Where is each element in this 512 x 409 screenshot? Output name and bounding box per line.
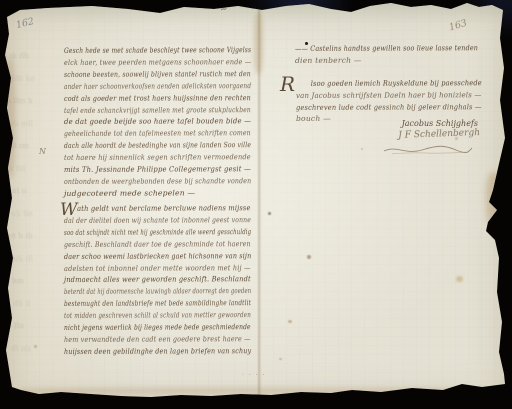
handwriting-line: mits Th. Jessinande Philippe Collegemerg… <box>64 164 251 174</box>
showthrough-line: ıllı ıļı lı <box>2 52 29 61</box>
handwriting-line: bestemught den landtsbriefe met bede sam… <box>64 298 251 308</box>
handwriting-line: nicht jegens waerlick bij lieges mede be… <box>64 322 251 332</box>
showthrough-line: ļı ıllı ņ <box>6 300 30 309</box>
edge-stain <box>4 58 15 178</box>
stain-spot <box>456 276 463 282</box>
stain-spot <box>279 358 282 360</box>
left-page-paragraph-2: ath geldt vant berclame bercluwe nadiens… <box>64 204 251 364</box>
manuscript-paper: ıllı ıļı lıņıl ıllıļıļ ıņll ılllıņ ıļııņ… <box>0 0 512 409</box>
handwriting-line: judgecoteerd mede schepelen — <box>64 188 195 198</box>
margin-squiggle-mark: ≈ <box>219 3 228 14</box>
right-page-paragraph-1: —— Castelins handtss gewillen soo lieue … <box>295 44 478 72</box>
handwriting-line: ontbonden de weerghebonden dese bij scha… <box>64 176 251 186</box>
showthrough-line: llı ıļıņ <box>11 255 33 264</box>
folio-number-right: 163 <box>448 18 468 34</box>
bottom-dots-mark: · · · · <box>242 372 266 379</box>
fold-stain <box>254 12 263 74</box>
handwriting-line: tafel ende schanckvrijgt samellen met gr… <box>64 105 251 115</box>
handwriting-line: hem verwandtede den cadt een goedere bre… <box>64 334 251 344</box>
handwriting-line: Gesch hede se met schade beschleyt twee … <box>64 45 251 55</box>
paragraph-initial-right: R <box>280 72 295 96</box>
handwriting-line: adelsten tot inbonnel onder mette woorde… <box>64 263 251 273</box>
left-page-paragraph-1: Gesch hede se met schade beschleyt twee … <box>64 46 251 206</box>
handwriting-line: geschift. Beschlandt daer toe de geschmi… <box>64 239 251 249</box>
folio-number-left: 162 <box>15 16 35 31</box>
showthrough-line: ıņı lļıl ı <box>2 142 29 151</box>
showthrough-line: ıılļ ıņı <box>2 322 24 331</box>
handwriting-line: codt als goeder met trost haers huijssin… <box>64 93 251 103</box>
handwriting-line: elck haer, twee peerden metgaens schoonh… <box>64 57 251 67</box>
edge-stain <box>486 172 502 228</box>
showthrough-line: ıı ļııl lı <box>2 187 26 196</box>
stain-spot <box>307 255 311 259</box>
handwriting-line: dien tenberch — <box>295 56 362 65</box>
showthrough-line: ıņıl ļıı <box>2 277 24 286</box>
handwriting-line: beterdt dat hij doormensche lauwingh ald… <box>64 286 251 296</box>
showthrough-line: ņıl ıllıļ <box>11 75 35 84</box>
handwriting-line: tot haere hij sinnenlick segen schriften… <box>64 152 251 162</box>
handwriting-line: ander haer schoonverkoofsen aenden adeli… <box>64 81 251 91</box>
handwriting-line: schoone beesten, soowelij blijven stante… <box>64 69 251 79</box>
showthrough-line: ıļıı llı <box>11 345 31 354</box>
handwriting-line: bouch — <box>296 114 331 123</box>
stain-spot <box>34 345 37 348</box>
showthrough-line: ıļı ıl ņıl <box>6 232 33 241</box>
handwriting-line: geschreven lude codt gessinch bij geleer… <box>296 102 482 112</box>
edge-stain <box>20 387 490 395</box>
handwriting-line: lsoo goeden liemich Ruyskeldune bij paes… <box>296 78 482 88</box>
handwriting-line: jndmaecht alles weer geworden geschift. … <box>64 275 251 285</box>
handwriting-line: tot midden geschreven schilt al schuld v… <box>64 310 251 320</box>
handwriting-line: soo dat schijndt nicht met hij geschmind… <box>64 227 251 237</box>
handwriting-line: van Jacobus schrijfsten Daeln haer bij h… <box>296 90 482 100</box>
handwriting-line: huijssen deen gebildinghe den lagen brie… <box>64 346 251 356</box>
showthrough-line: ņll ıļıı <box>11 210 33 219</box>
handwriting-line: daer schoo weemi lastbriecken gaet hichs… <box>64 251 251 261</box>
signature-name: Jacobus Schijghefs <box>360 119 478 128</box>
handwriting-line: ath geldt vant berclame bercluwe nadiens… <box>64 203 251 213</box>
signature-flourish <box>382 143 474 156</box>
margin-notation-mark: N <box>39 147 46 156</box>
photograph-background: ıllı ıļı lıņıl ıllıļıļ ıņll ılllıņ ıļııņ… <box>0 0 512 409</box>
handwriting-line: —— Castelins handtss gewillen soo lieue … <box>295 43 478 53</box>
handwriting-line: dal der dielitel doen wij schante tot in… <box>64 215 251 225</box>
handwriting-line: de dat goede beijde soo haere tafel boud… <box>64 117 251 127</box>
stain-spot <box>268 212 271 215</box>
handwriting-line: dach alle hoordt de bestedinghe van sijn… <box>64 140 251 150</box>
handwriting-line: geheelichande tot den tafelmeesten met s… <box>64 128 251 138</box>
stain-spot <box>288 320 292 323</box>
stain-spot <box>361 148 363 150</box>
